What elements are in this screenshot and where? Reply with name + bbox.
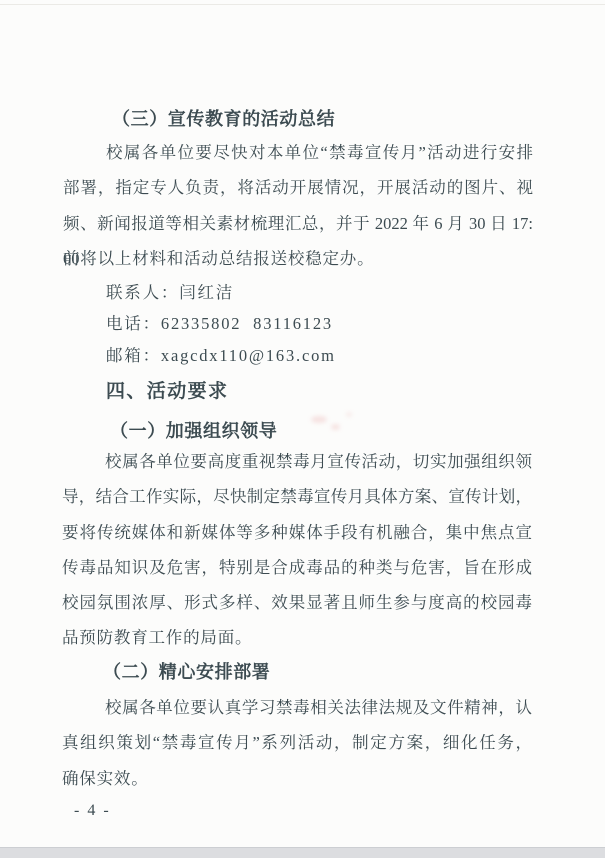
paragraph-leadership: 校属各单位要高度重视禁毒月宣传活动，切实加强组织领 导，结合工作实际，尽快制定禁… [62,444,532,656]
scanned-document-page: （三）宣传教育的活动总结 校属各单位要尽快对本单位“禁毒宣传月”活动进行安排 部… [0,0,605,858]
paragraph-line: 前将以上材料和活动总结报送校稳定办。 [63,241,533,276]
paragraph-line: 确保实效。 [62,761,532,796]
paragraph-line: 校属各单位要高度重视禁毒月宣传活动，切实加强组织领 [62,444,532,479]
paragraph-line: 校属各单位要认真学习禁毒相关法律法规及文件精神，认 [62,690,532,725]
subsection-heading-careful-deployment: （二）精心安排部署 [103,660,270,684]
paragraph-line: 传毒品知识及危害，特别是合成毒品的种类与危害，旨在形成 [62,550,532,585]
paragraph-line: 要将传统媒体和新媒体等多种媒体手段有机融合，集中焦点宣 [62,515,532,550]
paragraph-deployment: 校属各单位要认真学习禁毒相关法律法规及文件精神，认 真组织策划“禁毒宣传月”系列… [62,690,532,796]
paragraph-arrangement: 校属各单位要尽快对本单位“禁毒宣传月”活动进行安排 部署，指定专人负责，将活动开… [63,135,533,276]
page-top-edge-line [0,4,605,5]
contact-info-block: 联系人：闫红洁 电话：62335802 83116123 邮箱：xagcdx11… [106,277,336,371]
paragraph-line: 真组织策划“禁毒宣传月”系列活动，制定方案，细化任务， [62,725,532,760]
scan-artifact-smudge [331,424,340,430]
paragraph-line: 品预防教育工作的局面。 [62,620,532,655]
contact-phone-line: 电话：62335802 83116123 [106,308,336,339]
contact-person-line: 联系人：闫红洁 [106,277,336,308]
contact-email-line: 邮箱：xagcdx110@163.com [106,340,336,371]
paragraph-line: 校园氛围浓厚、形式多样、效果显著且师生参与度高的校园毒 [62,585,532,620]
scan-artifact-smudge [346,412,352,417]
paragraph-line: 部署，指定专人负责，将活动开展情况，开展活动的图片、视 [63,170,533,205]
page-number: - 4 - [74,799,111,823]
paragraph-line: 导，结合工作实际，尽快制定禁毒宣传月具体方案、宣传计划， [62,479,532,514]
section-heading-activity-requirements: 四、活动要求 [106,380,228,404]
scan-artifact-smudge [311,416,327,423]
paragraph-line: 校属各单位要尽快对本单位“禁毒宣传月”活动进行安排 [63,135,533,170]
paragraph-line: 频、新闻报道等相关素材梳理汇总，并于 2022 年 6 月 30 日 17: 0… [63,206,533,241]
section-heading-publicity-summary: （三）宣传教育的活动总结 [112,107,335,131]
page-bottom-scan-edge [0,847,605,858]
subsection-heading-strengthen-leadership: （一）加强组织领导 [110,419,277,443]
